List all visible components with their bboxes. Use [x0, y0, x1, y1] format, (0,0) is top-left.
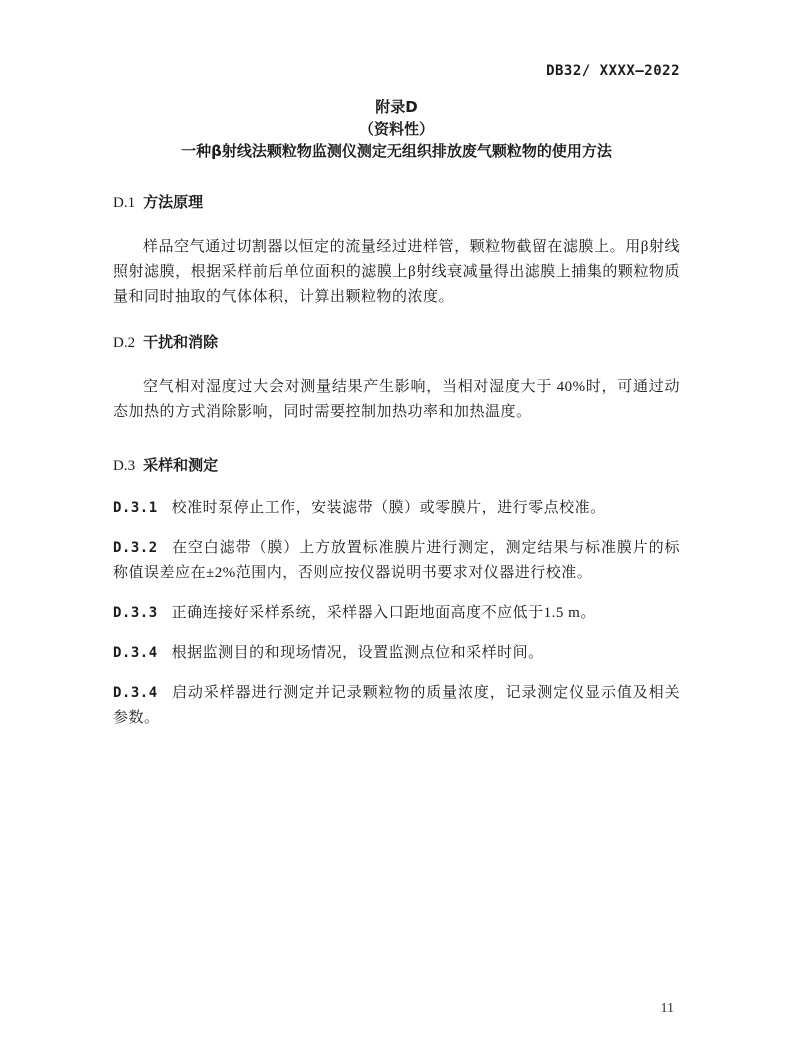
clause-text: 根据监测目的和现场情况，设置监测点位和采样时间。	[172, 645, 544, 661]
section-number: D.1	[113, 195, 135, 211]
section-number: D.2	[113, 335, 135, 351]
standard-number-header: DB32/ XXXX—2022	[113, 62, 680, 80]
section-title: 采样和测定	[143, 456, 218, 474]
clause-d31: D.3.1校准时泵停止工作，安装滤带（膜）或零膜片，进行零点校准。	[113, 496, 680, 521]
title-block: 附录D （资料性） 一种β射线法颗粒物监测仪测定无组织排放废气颗粒物的使用方法	[113, 96, 680, 162]
clause-d34a: D.3.4根据监测目的和现场情况，设置监测点位和采样时间。	[113, 641, 680, 666]
page-number: 11	[661, 1001, 674, 1017]
clause-text: 启动采样器进行测定并记录颗粒物的质量浓度，记录测定仪显示值及相关参数。	[113, 685, 680, 726]
clause-number: D.3.3	[113, 605, 158, 621]
appendix-label: 附录D	[113, 96, 680, 118]
clause-d32: D.3.2在空白滤带（膜）上方放置标准膜片进行测定，测定结果与标准膜片的标称值误…	[113, 536, 680, 586]
clause-number: D.3.4	[113, 685, 158, 701]
clause-text: 正确连接好采样系统，采样器入口距地面高度不应低于1.5 m。	[172, 605, 596, 621]
section-d2-paragraph: 空气相对湿度过大会对测量结果产生影响，当相对湿度大于 40%时，可通过动态加热的…	[113, 375, 680, 425]
clause-number: D.3.1	[113, 500, 158, 516]
section-heading-d2: D.2干扰和消除	[113, 332, 680, 353]
clause-text: 在空白滤带（膜）上方放置标准膜片进行测定，测定结果与标准膜片的标称值误差应在±2…	[113, 540, 680, 581]
appendix-title: 一种β射线法颗粒物监测仪测定无组织排放废气颗粒物的使用方法	[113, 140, 680, 162]
section-d1-paragraph: 样品空气通过切割器以恒定的流量经过进样管，颗粒物截留在滤膜上。用β射线照射滤膜，…	[113, 235, 680, 310]
normative-label: （资料性）	[113, 118, 680, 140]
document-page: DB32/ XXXX—2022 附录D （资料性） 一种β射线法颗粒物监测仪测定…	[0, 0, 790, 1039]
clause-number: D.3.4	[113, 645, 158, 661]
section-heading-d1: D.1方法原理	[113, 192, 680, 213]
clause-d33: D.3.3正确连接好采样系统，采样器入口距地面高度不应低于1.5 m。	[113, 601, 680, 626]
clause-number: D.3.2	[113, 540, 158, 556]
section-title: 干扰和消除	[143, 333, 218, 351]
section-heading-d3: D.3采样和测定	[113, 455, 680, 476]
section-number: D.3	[113, 458, 135, 474]
clause-list: D.3.1校准时泵停止工作，安装滤带（膜）或零膜片，进行零点校准。 D.3.2在…	[113, 496, 680, 731]
page-content: DB32/ XXXX—2022 附录D （资料性） 一种β射线法颗粒物监测仪测定…	[0, 0, 790, 731]
section-title: 方法原理	[143, 193, 203, 211]
clause-d34b: D.3.4启动采样器进行测定并记录颗粒物的质量浓度，记录测定仪显示值及相关参数。	[113, 681, 680, 731]
clause-text: 校准时泵停止工作，安装滤带（膜）或零膜片，进行零点校准。	[172, 500, 606, 516]
